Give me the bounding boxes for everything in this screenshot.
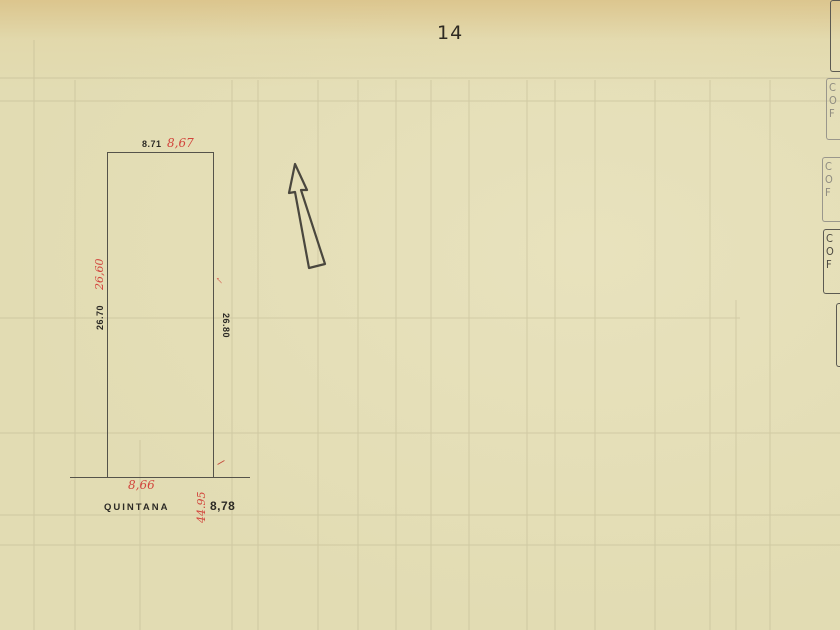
edge-stamp-text: C O F <box>829 81 837 120</box>
street-name: QUINTANA <box>104 502 169 513</box>
street-frontage-line <box>70 477 250 478</box>
edge-stamp <box>830 0 840 72</box>
edge-stamp-text: C O F <box>826 232 834 271</box>
edge-stamp: C O F <box>823 229 840 294</box>
edge-stamp: C O F <box>826 78 840 140</box>
page-number: 14 <box>437 22 463 44</box>
front-dimension-correction: 8,66 <box>128 478 155 492</box>
back-dimension: 8.71 <box>142 139 162 149</box>
north-arrow-icon <box>285 160 335 275</box>
front-dimension: 8,78 <box>210 499 235 513</box>
back-dimension-correction: 8,67 <box>167 136 194 150</box>
front-dimension-vertical-correction: 44.95 <box>195 492 208 524</box>
right-dimension: 26.80 <box>221 313 231 338</box>
right-dimension-check: ✓ <box>213 276 223 284</box>
left-dimension-correction: 26,60 <box>93 259 106 291</box>
left-dimension: 26.70 <box>95 305 105 330</box>
edge-stamp: C O F <box>822 157 840 222</box>
edge-stamp-text: C O F <box>825 160 833 199</box>
edge-stamp <box>836 303 840 367</box>
lot-boundary <box>107 152 214 478</box>
